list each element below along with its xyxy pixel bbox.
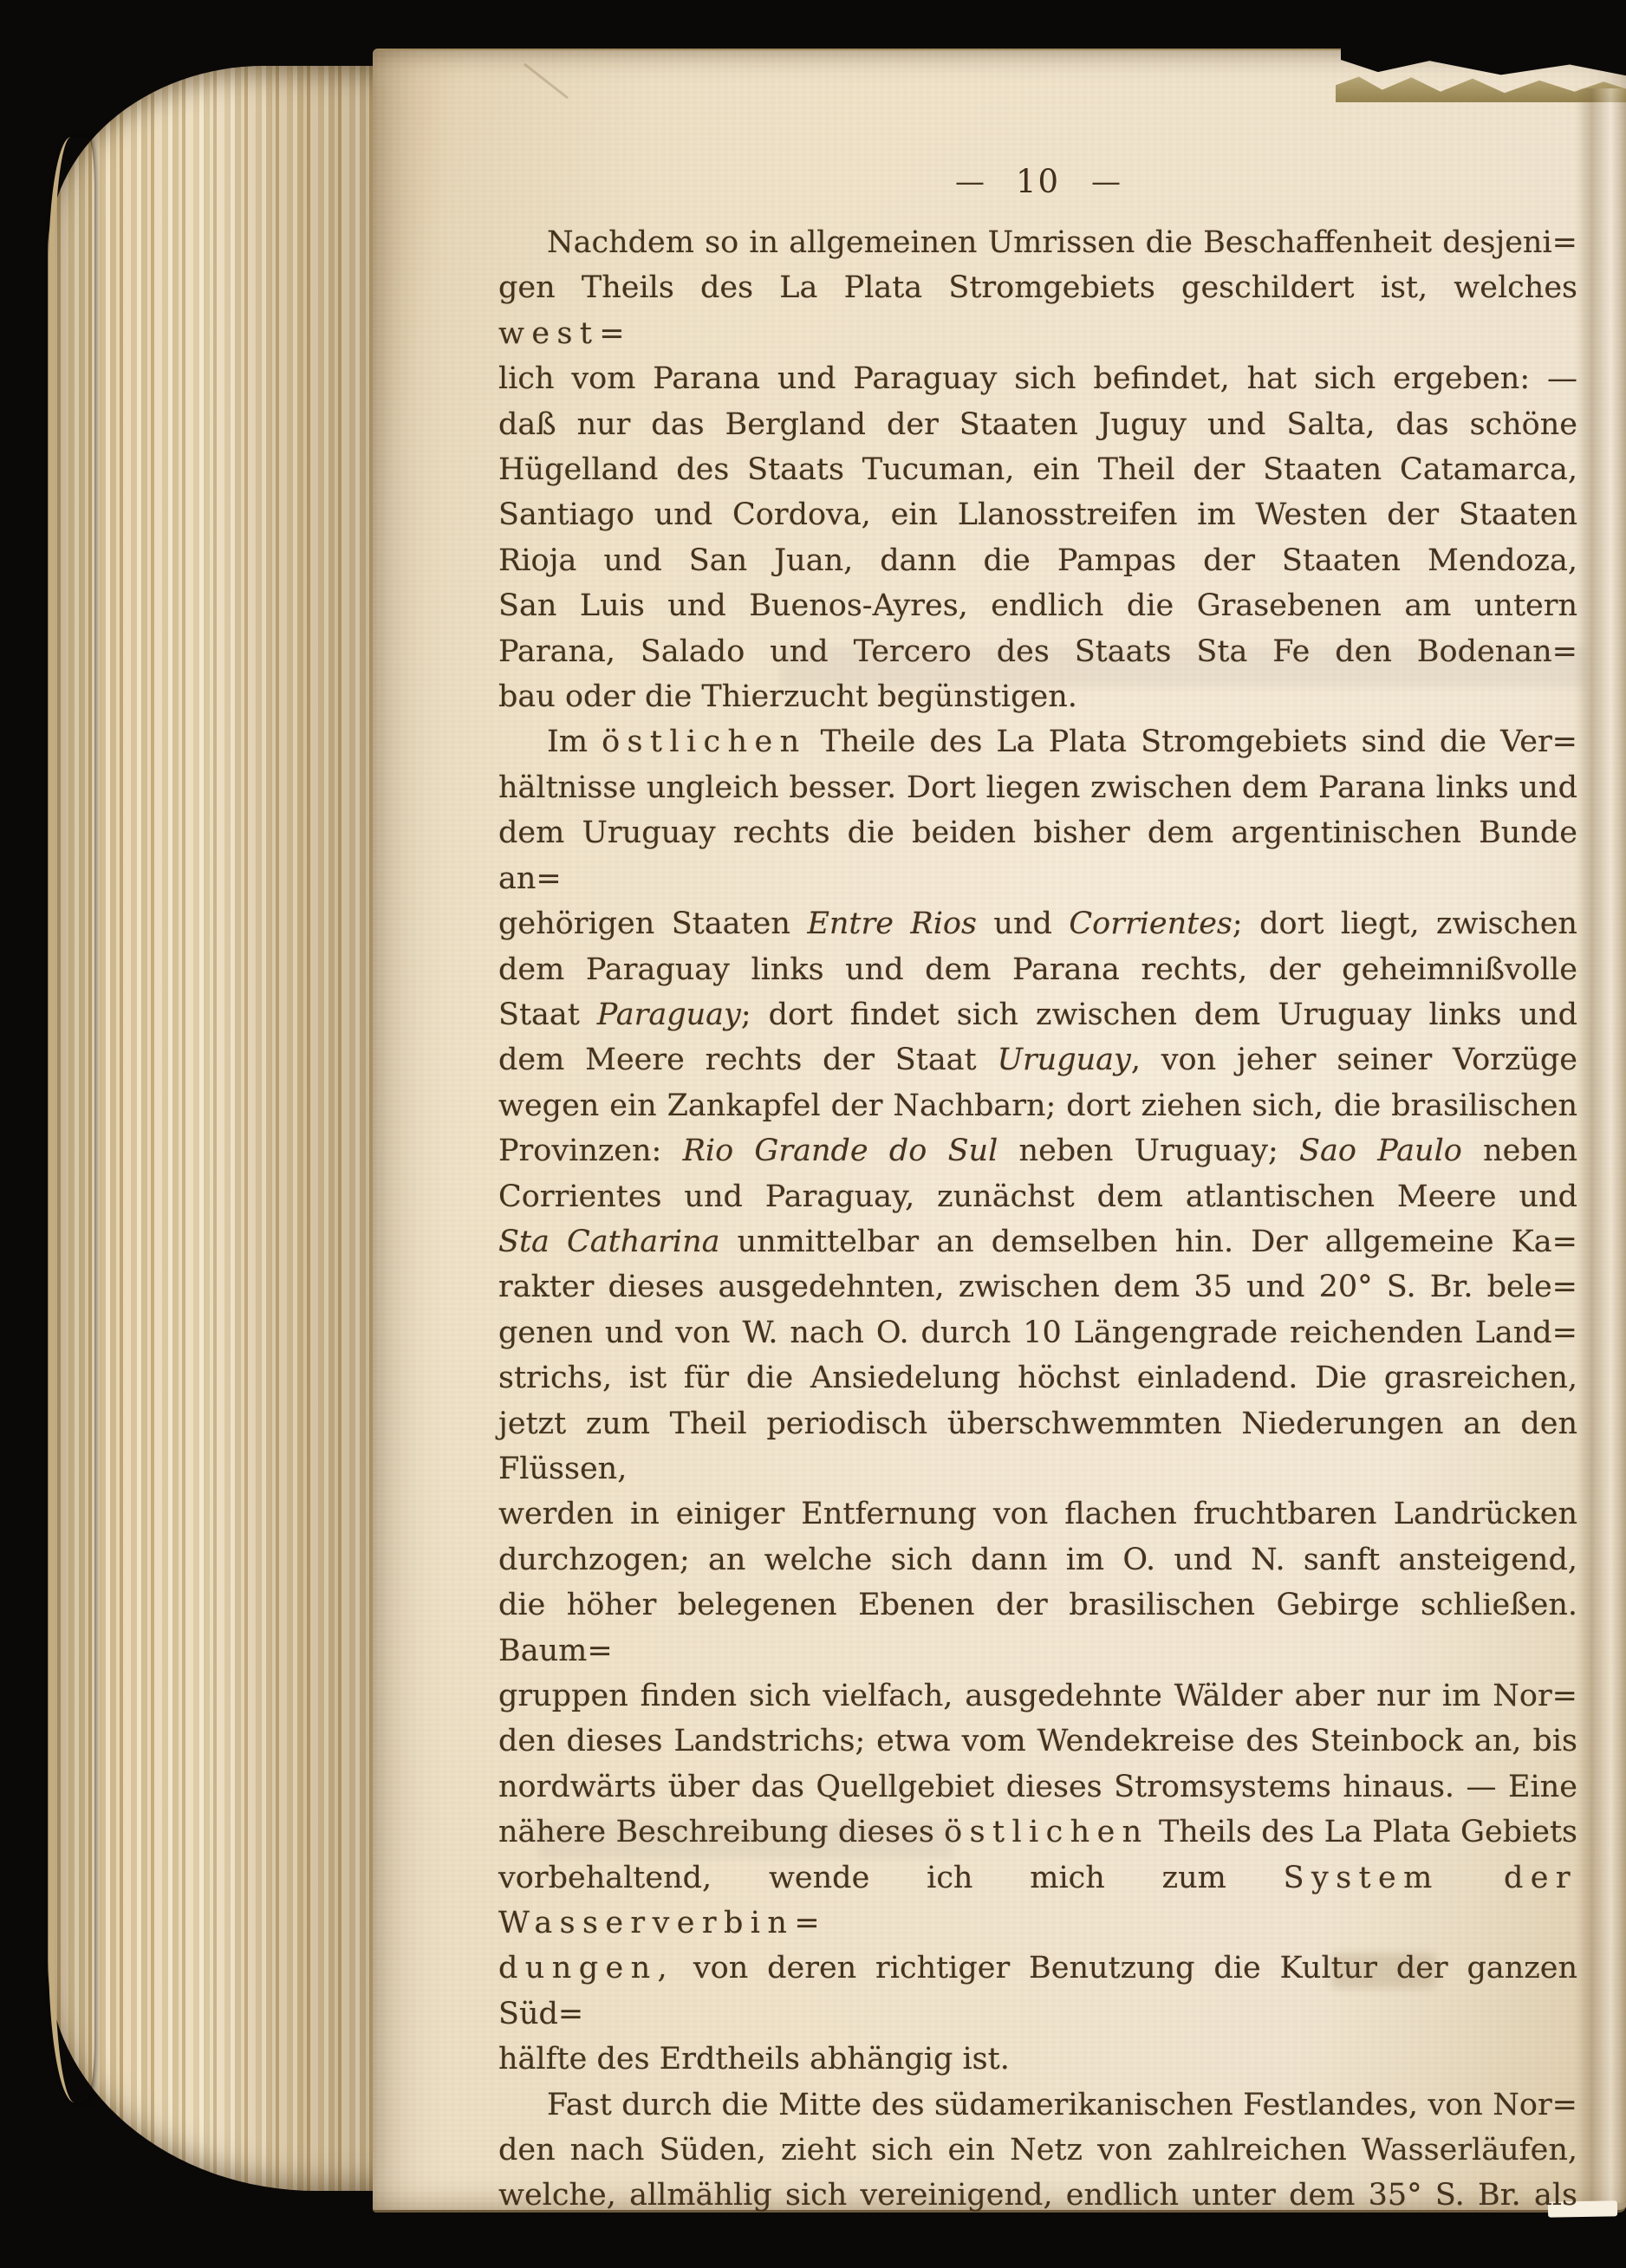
text-segment: dem Paraguay links und dem Parana rechts… <box>498 952 1577 987</box>
proper-name-italic: Paraguay <box>597 998 741 1032</box>
text-segment: Theils des La Plata Gebiets <box>1149 1815 1577 1849</box>
text-line: gruppen finden sich vielfach, ausgedehnt… <box>498 1673 1577 1719</box>
text-line: hältnisse ungleich besser. Dort liegen z… <box>498 765 1577 810</box>
text-segment: lich vom Parana und Paraguay sich befind… <box>498 361 1577 396</box>
text-segment: werden in einiger Entfernung von flachen… <box>498 1497 1577 1531</box>
text-line: jetzt zum Theil periodisch überschwemmte… <box>498 1401 1577 1492</box>
page-right-curl-shadow <box>1576 88 1626 2203</box>
text-segment: Fast durch die Mitte des südamerikanisch… <box>547 2088 1577 2122</box>
text-segment: Rioja und San Juan, dann die Pampas der … <box>498 543 1577 578</box>
text-segment: dem Uruguay rechts die beiden bisher dem… <box>498 816 1577 895</box>
letterspaced-text: östlichen <box>944 1815 1148 1849</box>
header-dash-left: — <box>955 165 985 199</box>
text-segment: die höher belegenen Ebenen der brasilisc… <box>498 1588 1577 1667</box>
text-line: Santiago und Cordova, ein Llanosstreifen… <box>498 492 1577 537</box>
text-line: rakter dieses ausgedehnten, zwischen dem… <box>498 1264 1577 1309</box>
text-segment: Theile des La Plata Stromgebiets sind di… <box>807 725 1577 759</box>
text-line: genen und von W. nach O. durch 10 Längen… <box>498 1310 1577 1355</box>
text-line: Fast durch die Mitte des südamerikanisch… <box>498 2083 1577 2128</box>
text-segment: den nach Süden, zieht sich ein Netz von … <box>498 2133 1577 2167</box>
letterspaced-text: west= <box>498 316 632 351</box>
proper-name-italic: Entre Rios <box>807 907 977 941</box>
text-line: Rioja und San Juan, dann die Pampas der … <box>498 538 1577 583</box>
text-segment: neben Uruguay; <box>998 1134 1299 1168</box>
proper-name-italic: Sao Paulo <box>1299 1134 1462 1168</box>
text-line: daß nur das Bergland der Staaten Juguy u… <box>498 402 1577 447</box>
paragraph: Fast durch die Mitte des südamerikanisch… <box>498 2083 1577 2219</box>
text-line: vorbehaltend, wende ich mich zum System … <box>498 1855 1577 1946</box>
text-line: Sta Catharina unmittelbar an demselben h… <box>498 1219 1577 1264</box>
page-header: — 10 — <box>498 163 1577 200</box>
text-segment: Corrientes und Paraguay, zunächst dem at… <box>498 1179 1577 1214</box>
text-segment: hältnisse ungleich besser. Dort liegen z… <box>498 770 1577 805</box>
text-segment: dem Meere rechts der Staat <box>498 1043 997 1077</box>
text-segment: Staat <box>498 998 597 1032</box>
proper-name-italic: Rio Grande do Sul <box>683 1134 998 1168</box>
text-line: Corrientes und Paraguay, zunächst dem at… <box>498 1174 1577 1219</box>
text-line: dem Meere rechts der Staat Uruguay, von … <box>498 1037 1577 1082</box>
scan-background: — 10 — Nachdem so in allgemeinen Umrisse… <box>0 0 1626 2268</box>
header-dash-right: — <box>1091 165 1121 199</box>
text-line: Parana, Salado und Tercero des Staats St… <box>498 629 1577 674</box>
text-line: durchzogen; an welche sich dann im O. un… <box>498 1537 1577 1582</box>
text-line: welche, allmählig sich vereinigend, endl… <box>498 2173 1577 2218</box>
text-segment: ; dort findet sich zwischen dem Uruguay … <box>741 998 1577 1032</box>
text-segment: , von jeher seiner Vorzüge <box>1131 1043 1577 1077</box>
text-segment: bau oder die Thierzucht begünstigen. <box>498 679 1077 714</box>
text-segment: Parana, Salado und Tercero des Staats St… <box>498 634 1577 669</box>
text-segment: wegen ein Zankapfel der Nachbarn; dort z… <box>498 1089 1577 1123</box>
text-line: Provinzen: Rio Grande do Sul neben Urugu… <box>498 1128 1577 1173</box>
text-segment: gruppen finden sich vielfach, ausgedehnt… <box>498 1679 1577 1713</box>
text-segment: Provinzen: <box>498 1134 683 1168</box>
paragraph: Nachdem so in allgemeinen Umrissen die B… <box>498 220 1577 719</box>
text-segment: nordwärts über das Quellgebiet dieses St… <box>498 1770 1577 1804</box>
text-segment: durchzogen; an welche sich dann im O. un… <box>498 1543 1577 1577</box>
text-line: den nach Süden, zieht sich ein Netz von … <box>498 2128 1577 2173</box>
text-segment: Im <box>547 725 602 759</box>
text-segment: und <box>977 907 1069 941</box>
text-segment: rakter dieses ausgedehnten, zwischen dem… <box>498 1270 1577 1304</box>
text-line: dem Paraguay links und dem Parana rechts… <box>498 947 1577 992</box>
text-line: nordwärts über das Quellgebiet dieses St… <box>498 1764 1577 1810</box>
letterspaced-text: östlichen <box>602 725 806 759</box>
text-segment: neben <box>1462 1134 1577 1168</box>
text-line: gen Theils des La Plata Stromgebiets ges… <box>498 265 1577 356</box>
proper-name-italic: Uruguay <box>997 1043 1130 1077</box>
letterspaced-text: dungen, <box>498 1951 674 1985</box>
text-segment: daß nur das Bergland der Staaten Juguy u… <box>498 407 1577 442</box>
text-line: den dieses Landstrichs; etwa vom Wendekr… <box>498 1719 1577 1764</box>
proper-name-italic: Sta Catharina <box>498 1225 719 1259</box>
text-block: Nachdem so in allgemeinen Umrissen die B… <box>498 220 1577 2219</box>
page-stack-edges <box>48 66 396 2191</box>
text-line: Hügelland des Staats Tucuman, ein Theil … <box>498 447 1577 492</box>
text-segment: nähere Beschreibung dieses <box>498 1815 944 1849</box>
paragraph: Im östlichen Theile des La Plata Stromge… <box>498 719 1577 2082</box>
text-segment: Nachdem so in allgemeinen Umrissen die B… <box>547 225 1577 260</box>
text-segment: strichs, ist für die Ansiedelung höchst … <box>498 1361 1577 1395</box>
text-line: bau oder die Thierzucht begünstigen. <box>498 674 1577 719</box>
text-line: dem Uruguay rechts die beiden bisher dem… <box>498 810 1577 901</box>
text-line: hälfte des Erdtheils abhängig ist. <box>498 2037 1577 2082</box>
text-segment: ; dort liegt, zwischen <box>1233 907 1577 941</box>
text-segment: San Luis und Buenos-Ayres, endlich die G… <box>498 588 1577 623</box>
text-segment: hälfte des Erdtheils abhängig ist. <box>498 2042 1010 2076</box>
text-line: wegen ein Zankapfel der Nachbarn; dort z… <box>498 1083 1577 1128</box>
text-line: die höher belegenen Ebenen der brasilisc… <box>498 1582 1577 1673</box>
text-segment: welche, allmählig sich vereinigend, endl… <box>498 2178 1577 2213</box>
text-segment: Hügelland des Staats Tucuman, ein Theil … <box>498 452 1577 487</box>
book-page: — 10 — Nachdem so in allgemeinen Umrisse… <box>373 49 1626 2213</box>
text-line: Im östlichen Theile des La Plata Stromge… <box>498 719 1577 764</box>
text-segment: Santiago und Cordova, ein Llanosstreifen… <box>498 497 1577 532</box>
text-line: Staat Paraguay; dort findet sich zwische… <box>498 992 1577 1037</box>
text-segment: genen und von W. nach O. durch 10 Längen… <box>498 1316 1577 1350</box>
text-line: San Luis und Buenos-Ayres, endlich die G… <box>498 583 1577 628</box>
text-segment: den dieses Landstrichs; etwa vom Wendekr… <box>498 1724 1577 1758</box>
text-segment: jetzt zum Theil periodisch überschwemmte… <box>498 1407 1577 1486</box>
text-line: gehörigen Staaten Entre Rios und Corrien… <box>498 901 1577 946</box>
text-line: werden in einiger Entfernung von flachen… <box>498 1491 1577 1537</box>
page-number: 10 <box>1016 163 1060 200</box>
text-line: strichs, ist für die Ansiedelung höchst … <box>498 1355 1577 1400</box>
text-segment: gen Theils des La Plata Stromgebiets ges… <box>498 270 1577 305</box>
marbled-cover-edge <box>49 137 94 2102</box>
proper-name-italic: Corrientes <box>1069 907 1233 941</box>
text-segment: vorbehaltend, wende ich mich zum <box>498 1861 1284 1895</box>
text-segment: gehörigen Staaten <box>498 907 807 941</box>
corner-crease <box>524 63 569 100</box>
text-line: dungen, von deren richtiger Benutzung di… <box>498 1946 1577 2037</box>
text-line: nähere Beschreibung dieses östlichen The… <box>498 1810 1577 1855</box>
text-line: Nachdem so in allgemeinen Umrissen die B… <box>498 220 1577 265</box>
text-line: lich vom Parana und Paraguay sich befind… <box>498 356 1577 401</box>
text-segment: unmittelbar an demselben hin. Der allgem… <box>719 1225 1577 1259</box>
